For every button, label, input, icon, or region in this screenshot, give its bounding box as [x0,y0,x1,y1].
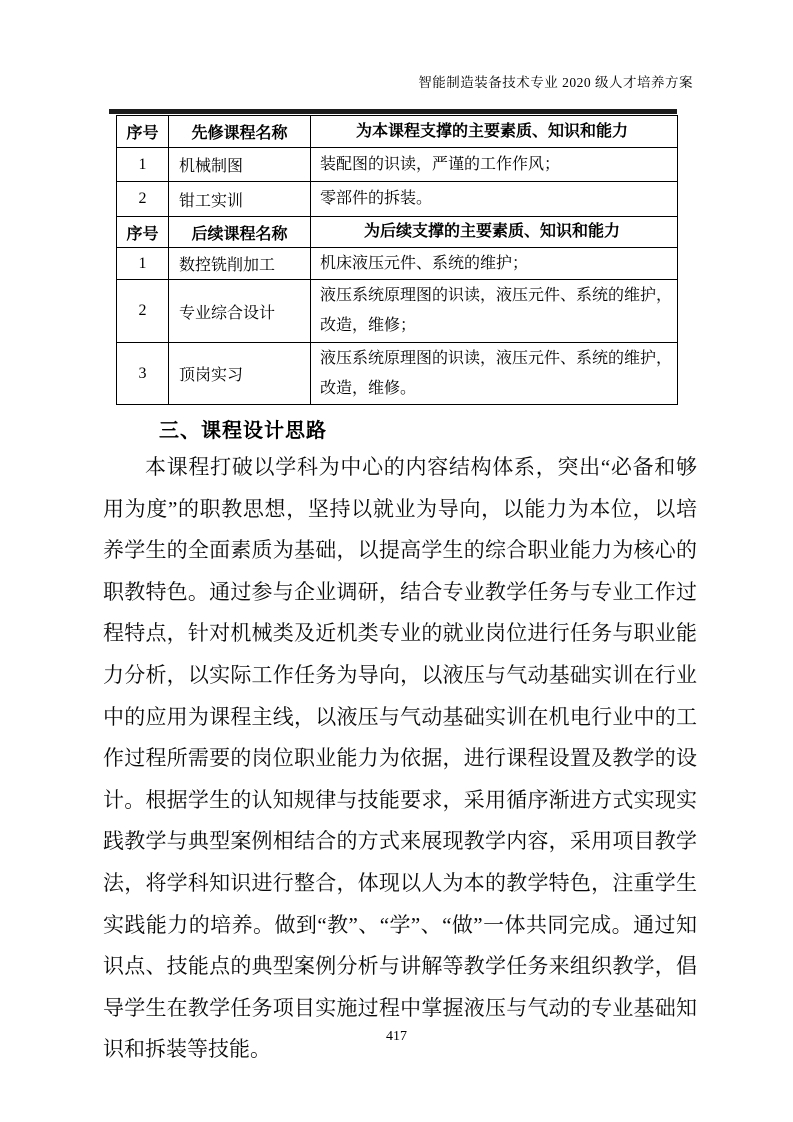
table-row: 2 专业综合设计 液压系统原理图的识读，液压元件、系统的维护，改造，维修； [117,280,678,343]
course-support-table-block: 序号 先修课程名称 为本课程支撑的主要素质、知识和能力 1 机械制图 装配图的识… [116,109,677,405]
cell-no: 2 [117,280,169,343]
header-cell-desc: 为本课程支撑的主要素质、知识和能力 [311,116,678,148]
table-top-thick-border [109,109,677,114]
cell-no: 1 [117,248,169,280]
course-support-table: 序号 先修课程名称 为本课程支撑的主要素质、知识和能力 1 机械制图 装配图的识… [116,115,678,405]
cell-course: 顶岗实习 [169,343,311,405]
cell-no: 2 [117,182,169,217]
cell-no: 1 [117,148,169,182]
cell-course: 数控铣削加工 [169,248,311,280]
page-header-title: 智能制造装备技术专业 2020 级人才培养方案 [418,71,693,91]
cell-desc: 液压系统原理图的识读，液压元件、系统的维护，改造，维修。 [311,343,678,405]
table-row: 3 顶岗实习 液压系统原理图的识读，液压元件、系统的维护，改造，维修。 [117,343,678,405]
header-cell-course: 先修课程名称 [169,116,311,148]
header-cell-desc: 为后续支撑的主要素质、知识和能力 [311,217,678,248]
table-row: 1 机械制图 装配图的识读，严谨的工作作风； [117,148,678,182]
table-header-row-prerequisite: 序号 先修课程名称 为本课程支撑的主要素质、知识和能力 [117,116,678,148]
body-paragraph: 本课程打破以学科为中心的内容结构体系，突出“必备和够用为度”的职教思想，坚持以就… [103,447,697,1071]
cell-no: 3 [117,343,169,405]
section-heading: 三、课程设计思路 [159,414,327,443]
table-header-row-followup: 序号 后续课程名称 为后续支撑的主要素质、知识和能力 [117,217,678,248]
cell-course: 专业综合设计 [169,280,311,343]
header-cell-course: 后续课程名称 [169,217,311,248]
table-row: 1 数控铣削加工 机床液压元件、系统的维护； [117,248,678,280]
cell-course: 钳工实训 [169,182,311,217]
cell-desc: 液压系统原理图的识读，液压元件、系统的维护，改造，维修； [311,280,678,343]
page-number: 417 [0,1029,793,1045]
header-cell-no: 序号 [117,217,169,248]
cell-course: 机械制图 [169,148,311,182]
cell-desc: 机床液压元件、系统的维护； [311,248,678,280]
document-page: 智能制造装备技术专业 2020 级人才培养方案 序号 先修课程名称 为本课程支撑… [0,0,793,1122]
header-cell-no: 序号 [117,116,169,148]
cell-desc: 零部件的拆装。 [311,182,678,217]
table-row: 2 钳工实训 零部件的拆装。 [117,182,678,217]
cell-desc: 装配图的识读，严谨的工作作风； [311,148,678,182]
